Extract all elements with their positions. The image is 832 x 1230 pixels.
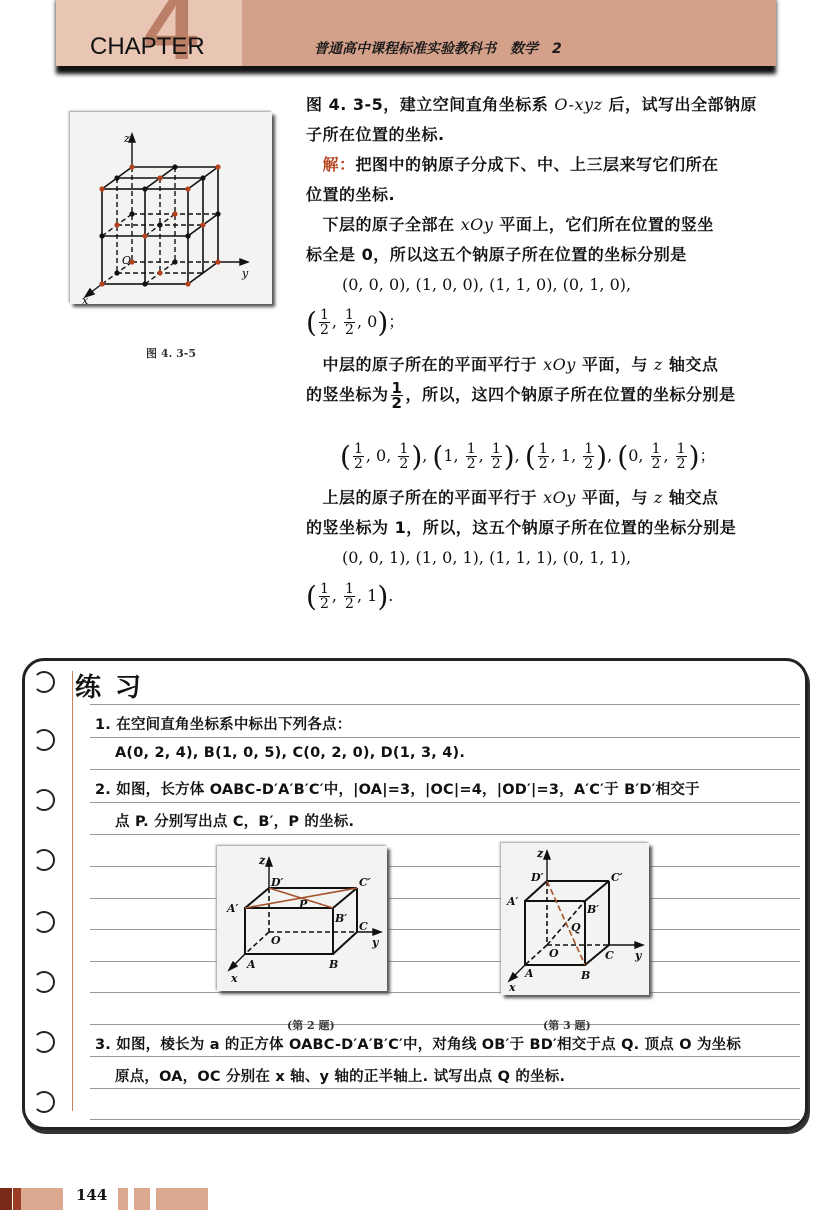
svg-text:z: z <box>258 854 266 867</box>
cuboid-diagram: z D′ C′ A′ B′ C y O P A B x <box>217 846 387 991</box>
svg-text:A: A <box>246 958 256 971</box>
question-2-text-cont: 点 P. 分别写出点 C，B′，P 的坐标. <box>115 810 354 831</box>
exercise-figure-2: z D′ C′ A′ B′ C y O P A B x <box>217 846 387 991</box>
figure-3-caption: (第 3 题) <box>543 1017 591 1033</box>
svg-text:x: x <box>230 972 238 985</box>
svg-text:Q: Q <box>571 921 581 934</box>
svg-text:y: y <box>634 949 643 962</box>
svg-text:C: C <box>359 920 368 933</box>
svg-text:O: O <box>271 934 281 947</box>
figure-2-caption: (第 2 题) <box>287 1017 335 1033</box>
question-3-text: 3. 如图，棱长为 a 的正方体 OABC-D′A′B′C′中，对角线 OB′于… <box>95 1033 741 1054</box>
page-number: 144 <box>76 1186 107 1204</box>
binder-ring-icon <box>33 729 55 751</box>
chapter-header-band-main: 4 CHAPTER 普通高中课程标准实验教科书 数学 2 <box>56 0 776 66</box>
svg-text:A′: A′ <box>506 895 519 908</box>
footer-block <box>21 1188 63 1210</box>
lower-layer-text: 下层的原子全部在 xOy 平面上，它们所在位置的竖坐 标全是 0，所以这五个钠原… <box>306 210 806 270</box>
chapter-word: CHAPTER <box>90 33 205 61</box>
svg-text:A: A <box>524 967 534 980</box>
problem-statement: 图 4. 3-5，建立空间直角坐标系 O-xyz 后，试写出全部钠原 子所在位置… <box>306 90 806 150</box>
binder-ring-icon <box>33 971 55 993</box>
question-2-text: 2. 如图，长方体 OABC-D′A′B′C′中，|OA|=3，|OC|=4，|… <box>95 778 700 799</box>
svg-text:D′: D′ <box>270 876 284 889</box>
binder-ring-icon <box>33 671 55 693</box>
middle-layer-text: 中层的原子所在的平面平行于 xOy 平面，与 z 轴交点 的竖坐标为12，所以，… <box>306 350 806 410</box>
question-3-text-cont: 原点，OA，OC 分别在 x 轴、y 轴的正半轴上. 试写出点 Q 的坐标. <box>115 1065 565 1086</box>
origin-label: O <box>122 254 131 267</box>
binder-ring-icon <box>33 849 55 871</box>
binder-ring-icon <box>33 789 55 811</box>
footer-block <box>156 1188 208 1210</box>
svg-text:P: P <box>298 898 308 911</box>
svg-text:A′: A′ <box>226 902 239 915</box>
question-1-points: A(0, 2, 4), B(1, 0, 5), C(0, 2, 0), D(1,… <box>115 745 465 761</box>
figure-caption: 图 4. 3-5 <box>146 345 196 361</box>
footer-block <box>13 1188 21 1210</box>
lower-coord-center: (12, 12, 0)； <box>306 306 404 339</box>
svg-text:B: B <box>328 958 338 971</box>
exercise-title: 练习 <box>75 667 155 704</box>
svg-text:B′: B′ <box>334 912 347 925</box>
upper-layer-text: 上层的原子所在的平面平行于 xOy 平面，与 z 轴交点 的竖坐标为 1，所以，… <box>306 483 806 543</box>
solution-label: 解： <box>323 155 356 174</box>
upper-coord-center: (12, 12, 1). <box>306 580 393 613</box>
binder-ring-icon <box>33 911 55 933</box>
question-1-text: 1. 在空间直角坐标系中标出下列各点： <box>95 713 351 734</box>
exercise-box: 练习 1. 在空间直角坐标系中标出下列各点： A(0, 2, 4), B(1, … <box>22 658 808 1130</box>
exercise-figure-3: z D′ C′ A′ B′ Q O C y A B x <box>501 843 649 995</box>
sodium-lattice-diagram: z y x O <box>70 112 272 304</box>
footer-block <box>0 1188 12 1210</box>
svg-text:O: O <box>549 947 559 960</box>
upper-coords: (0, 0, 1), (1, 0, 1), (1, 1, 1), (0, 1, … <box>342 548 631 567</box>
footer-block <box>118 1188 128 1210</box>
solution-intro: 解：把图中的钠原子分成下、中、上三层来写它们所在 位置的坐标. <box>306 150 806 210</box>
binder-ring-icon <box>33 1091 55 1113</box>
book-title: 普通高中课程标准实验教科书 数学 2 <box>314 38 562 58</box>
svg-text:y: y <box>371 936 380 949</box>
x-axis-label: x <box>82 294 89 304</box>
svg-text:D′: D′ <box>530 871 544 884</box>
binder-ring-icon <box>33 1031 55 1053</box>
footer-block <box>134 1188 150 1210</box>
figure-4-3-5: z y x O <box>70 112 272 304</box>
margin-line <box>72 671 73 1111</box>
svg-text:C′: C′ <box>359 876 371 889</box>
z-axis-label: z <box>123 132 130 145</box>
cube-diagram: z D′ C′ A′ B′ Q O C y A B x <box>501 843 649 995</box>
svg-text:x: x <box>508 981 516 994</box>
svg-text:C′: C′ <box>611 871 623 884</box>
y-axis-label: y <box>241 267 249 280</box>
svg-text:B: B <box>580 969 590 982</box>
svg-text:C: C <box>605 949 614 962</box>
middle-coords: (12, 0, 12), (1, 12, 12), (12, 1, 12), (… <box>340 440 716 473</box>
svg-text:B′: B′ <box>586 903 599 916</box>
svg-text:z: z <box>536 847 544 860</box>
lower-coords: (0, 0, 0), (1, 0, 0), (1, 1, 0), (0, 1, … <box>342 275 631 294</box>
